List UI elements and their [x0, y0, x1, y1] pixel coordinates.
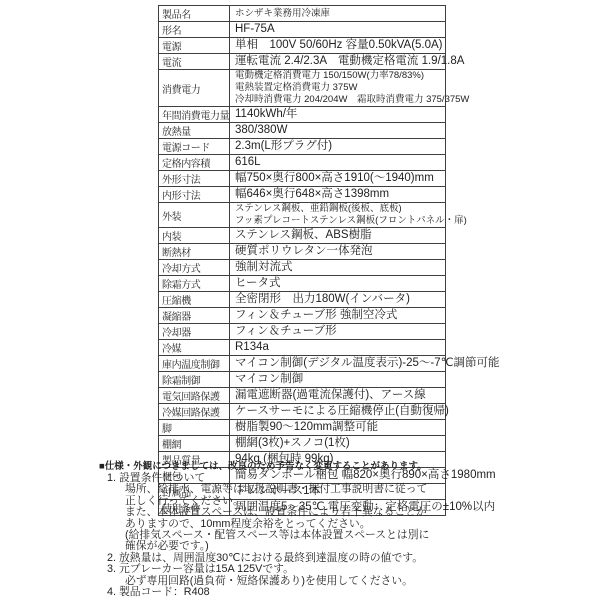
- spec-label: 消費電力: [159, 70, 230, 107]
- spec-label: 除霜方式: [159, 276, 230, 292]
- spec-value-line: ステンレス鋼板、亜鉛鋼板(後板、底板): [235, 203, 440, 215]
- spec-label: 外装: [159, 203, 230, 228]
- spec-value: 強制対流式: [230, 260, 446, 276]
- spec-value: 幅750×奥行800×高さ1910(〜1940)mm: [230, 171, 446, 187]
- spec-row: 冷媒R134a: [159, 340, 446, 356]
- spec-value: 380/380W: [230, 123, 446, 139]
- spec-value-line: 強制対流式: [235, 261, 440, 274]
- spec-value: 棚網(3枚)+スノコ(1枚): [230, 436, 446, 452]
- spec-label: 冷媒回路保護: [159, 404, 230, 420]
- spec-value-line: ホシザキ業務用冷凍庫: [235, 8, 440, 20]
- spec-label: 脚: [159, 420, 230, 436]
- spec-row: 形名HF-75A: [159, 22, 446, 38]
- spec-label: 圧縮機: [159, 292, 230, 308]
- spec-value: 硬質ポリウレタン一体発泡: [230, 244, 446, 260]
- spec-row: 圧縮機全密閉形 出力180W(インバータ): [159, 292, 446, 308]
- spec-row: 冷媒回路保護ケースサーモによる圧縮機停止(自動復帰): [159, 404, 446, 420]
- spec-label: 年間消費電力量: [159, 107, 230, 123]
- note-line: また、本体設置スペースは、設置条件により若干異なることが: [99, 507, 539, 518]
- spec-value-line: フィン＆チューブ形 強制空冷式: [235, 309, 440, 322]
- spec-row: 内装ステンレス鋼板、ABS樹脂: [159, 228, 446, 244]
- spec-row: 庫内温度制御マイコン制御(デジタル温度表示)-25〜-7℃調節可能: [159, 356, 446, 372]
- spec-value-line: 電動機定格消費電力 150/150W(力率78/83%): [235, 70, 440, 82]
- spec-value: 全密閉形 出力180W(インバータ): [230, 292, 446, 308]
- spec-label: 電流: [159, 54, 230, 70]
- spec-value-line: 616L: [235, 156, 440, 169]
- spec-value-line: 単相 100V 50/60Hz 容量0.50kVA(5.0A): [235, 39, 440, 52]
- spec-value-line: 全密閉形 出力180W(インバータ): [235, 293, 440, 306]
- note-line: 3. 元ブレーカー容量は15A 125Vです。: [99, 564, 539, 575]
- spec-row: 凝縮器フィン＆チューブ形 強制空冷式: [159, 308, 446, 324]
- spec-value-line: 2.3m(L形プラグ付): [235, 140, 440, 153]
- spec-value-line: 樹脂製90〜120mm調整可能: [235, 421, 440, 434]
- spec-value: 運転電流 2.4/2.3A 電動機定格電流 1.9/1.8A: [230, 54, 446, 70]
- spec-label: 除霜制御: [159, 372, 230, 388]
- notes-section: ■仕様・外観につきましては、改良のため予告なく変更することがあります。 1. 設…: [99, 461, 539, 598]
- spec-label: 外形寸法: [159, 171, 230, 187]
- spec-value: フィン＆チューブ形 強制空冷式: [230, 308, 446, 324]
- spec-value: 樹脂製90〜120mm調整可能: [230, 420, 446, 436]
- spec-label: 内装: [159, 228, 230, 244]
- spec-value: ホシザキ業務用冷凍庫: [230, 6, 446, 22]
- spec-row: 年間消費電力量1140kWh/年: [159, 107, 446, 123]
- spec-value-line: 運転電流 2.4/2.3A 電動機定格電流 1.9/1.8A: [235, 55, 440, 68]
- spec-row: 消費電力電動機定格消費電力 150/150W(力率78/83%)電熱装置定格消費…: [159, 70, 446, 107]
- spec-label: 形名: [159, 22, 230, 38]
- spec-label: 製品名: [159, 6, 230, 22]
- spec-value-line: マイコン制御(デジタル温度表示)-25〜-7℃調節可能: [235, 357, 440, 370]
- spec-value-line: 漏電遮断器(過電流保護付)、アース線: [235, 389, 440, 402]
- spec-row: 外装ステンレス鋼板、亜鉛鋼板(後板、底板)フッ素プレコートステンレス鋼板(フロン…: [159, 203, 446, 228]
- spec-row: 放熱量380/380W: [159, 123, 446, 139]
- spec-value: 2.3m(L形プラグ付): [230, 139, 446, 155]
- spec-value-line: ステンレス鋼板、ABS樹脂: [235, 229, 440, 242]
- spec-table-body: 製品名ホシザキ業務用冷凍庫形名HF-75A電源単相 100V 50/60Hz 容…: [159, 6, 446, 516]
- spec-value-line: 380/380W: [235, 124, 440, 137]
- notes-list: 1. 設置条件について場所、給排水、電源等は取扱説明書・据付工事説明書に従って正…: [99, 473, 539, 598]
- spec-label: 冷媒: [159, 340, 230, 356]
- spec-label: 断熱材: [159, 244, 230, 260]
- spec-value: 電動機定格消費電力 150/150W(力率78/83%)電熱装置定格消費電力 3…: [230, 70, 446, 107]
- spec-value-line: 電熱装置定格消費電力 375W: [235, 82, 440, 94]
- spec-row: 外形寸法幅750×奥行800×高さ1910(〜1940)mm: [159, 171, 446, 187]
- spec-value-line: フッ素プレコートステンレス鋼板(フロントパネル・扉): [235, 215, 440, 227]
- spec-value-line: ヒータ式: [235, 277, 440, 290]
- spec-value: 616L: [230, 155, 446, 171]
- spec-value-line: ケースサーモによる圧縮機停止(自動復帰): [235, 405, 440, 418]
- spec-value: HF-75A: [230, 22, 446, 38]
- spec-row: 冷却器フィン＆チューブ形: [159, 324, 446, 340]
- spec-row: 棚網棚網(3枚)+スノコ(1枚): [159, 436, 446, 452]
- spec-label: 定格内容積: [159, 155, 230, 171]
- spec-value-line: 冷却時消費電力 204/204W 霜取時消費電力 375/375W: [235, 94, 440, 106]
- spec-row: 除霜制御マイコン制御: [159, 372, 446, 388]
- spec-value: フィン＆チューブ形: [230, 324, 446, 340]
- spec-row: 脚樹脂製90〜120mm調整可能: [159, 420, 446, 436]
- spec-label: 冷却方式: [159, 260, 230, 276]
- spec-value: ステンレス鋼板、ABS樹脂: [230, 228, 446, 244]
- spec-value-line: フィン＆チューブ形: [235, 325, 440, 338]
- spec-label: 放熱量: [159, 123, 230, 139]
- spec-label: 電源コード: [159, 139, 230, 155]
- spec-row: 電源コード2.3m(L形プラグ付): [159, 139, 446, 155]
- note-line: 4. 製品コード：R408: [99, 587, 539, 598]
- spec-row: 断熱材硬質ポリウレタン一体発泡: [159, 244, 446, 260]
- spec-row: 冷却方式強制対流式: [159, 260, 446, 276]
- spec-value-line: R134a: [235, 341, 440, 354]
- spec-row: 電気回路保護漏電遮断器(過電流保護付)、アース線: [159, 388, 446, 404]
- spec-label: 凝縮器: [159, 308, 230, 324]
- spec-row: 製品名ホシザキ業務用冷凍庫: [159, 6, 446, 22]
- spec-value: 1140kWh/年: [230, 107, 446, 123]
- spec-value: マイコン制御(デジタル温度表示)-25〜-7℃調節可能: [230, 356, 446, 372]
- spec-value: ステンレス鋼板、亜鉛鋼板(後板、底板)フッ素プレコートステンレス鋼板(フロントパ…: [230, 203, 446, 228]
- spec-label: 冷却器: [159, 324, 230, 340]
- spec-value: 漏電遮断器(過電流保護付)、アース線: [230, 388, 446, 404]
- spec-value: ケースサーモによる圧縮機停止(自動復帰): [230, 404, 446, 420]
- spec-value: 単相 100V 50/60Hz 容量0.50kVA(5.0A): [230, 38, 446, 54]
- spec-row: 除霜方式ヒータ式: [159, 276, 446, 292]
- spec-value-line: 幅646×奥行648×高さ1398mm: [235, 188, 440, 201]
- spec-row: 定格内容積616L: [159, 155, 446, 171]
- spec-value-line: HF-75A: [235, 23, 440, 36]
- spec-row: 電流運転電流 2.4/2.3A 電動機定格電流 1.9/1.8A: [159, 54, 446, 70]
- spec-value: 幅646×奥行648×高さ1398mm: [230, 187, 446, 203]
- spec-value-line: 硬質ポリウレタン一体発泡: [235, 245, 440, 258]
- spec-label: 内形寸法: [159, 187, 230, 203]
- spec-value: ヒータ式: [230, 276, 446, 292]
- spec-label: 電気回路保護: [159, 388, 230, 404]
- spec-table: 製品名ホシザキ業務用冷凍庫形名HF-75A電源単相 100V 50/60Hz 容…: [158, 5, 446, 516]
- spec-value-line: マイコン制御: [235, 373, 440, 386]
- spec-value: マイコン制御: [230, 372, 446, 388]
- spec-value-line: 幅750×奥行800×高さ1910(〜1940)mm: [235, 172, 440, 185]
- spec-value-line: 1140kWh/年: [235, 108, 440, 121]
- spec-value-line: 棚網(3枚)+スノコ(1枚): [235, 437, 440, 450]
- spec-row: 電源単相 100V 50/60Hz 容量0.50kVA(5.0A): [159, 38, 446, 54]
- spec-label: 庫内温度制御: [159, 356, 230, 372]
- spec-label: 棚網: [159, 436, 230, 452]
- spec-label: 電源: [159, 38, 230, 54]
- spec-value: R134a: [230, 340, 446, 356]
- spec-row: 内形寸法幅646×奥行648×高さ1398mm: [159, 187, 446, 203]
